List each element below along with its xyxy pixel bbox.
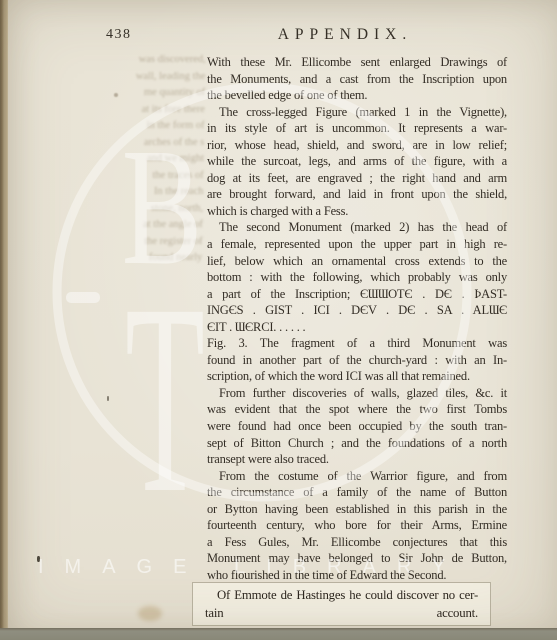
text-line: a Fess Gules, Mr. Ellicombe conjectures … bbox=[207, 534, 507, 551]
ghost-text-line: me quantity of bbox=[87, 85, 205, 102]
text-line: the bevelled edge of one of them. bbox=[207, 87, 507, 104]
text-line: lief, below which an ornamental cross ex… bbox=[207, 253, 507, 270]
paragraph: The second Monument (marked 2) has the h… bbox=[207, 219, 507, 335]
text-line: dog at its feet, are engraved ; the righ… bbox=[207, 170, 507, 187]
page-number: 438 bbox=[106, 27, 132, 43]
ghost-text-line: In the reach bbox=[85, 184, 203, 201]
text-line: ЄIT . ƜЄRCI. . . . . . bbox=[207, 319, 507, 336]
text-line: transept were also traced. bbox=[207, 451, 507, 468]
text-line: rior, whose head, shield, and sword, are… bbox=[207, 137, 507, 154]
text-line: which is charged with a Fess. bbox=[207, 203, 507, 220]
note-text-line: Of Emmote de Hastinges he could discover… bbox=[205, 587, 478, 605]
ghost-text-line: the register of bbox=[84, 234, 202, 251]
pasted-note-slip: Of Emmote de Hastinges he could discover… bbox=[192, 582, 491, 626]
ghost-text-line: found nearly bbox=[84, 250, 202, 267]
paragraph: From further discoveries of walls, glaze… bbox=[207, 385, 507, 468]
text-line: bottom : with the following, which proba… bbox=[207, 269, 507, 286]
stain bbox=[138, 606, 162, 621]
text-line: a part of the Inscription; ЄƜƜOTЄ . DЄ .… bbox=[207, 286, 507, 303]
text-line: Fig. 3. The fragment of a third Monument… bbox=[207, 335, 507, 352]
paragraph: The cross-legged Figure (marked 1 in the… bbox=[207, 104, 507, 220]
note-text-line: tain account. bbox=[205, 605, 478, 623]
page-edge-bottom bbox=[0, 628, 557, 640]
text-line: found in another part of the church-yard… bbox=[207, 352, 507, 369]
text-line: a female, represented upon the upper par… bbox=[207, 236, 507, 253]
ghost-text-line: at its fore there bbox=[87, 102, 205, 119]
ghost-text-line: stone, north, bbox=[85, 201, 203, 218]
text-line: in its style of art is uncommon. It repr… bbox=[207, 120, 507, 137]
text-line: the circumstance of a family of the name… bbox=[207, 484, 507, 501]
text-line: the Monuments, and a cast from the Inscr… bbox=[207, 71, 507, 88]
text-line: fourteenth century, who bore for their A… bbox=[207, 517, 507, 534]
text-line: The second Monument (marked 2) has the h… bbox=[207, 219, 507, 236]
text-line: Monument may have belonged to Sir John d… bbox=[207, 550, 507, 567]
text-line: are brought forward, and laid in front u… bbox=[207, 186, 507, 203]
ghost-text-line: wall, leading the bbox=[87, 69, 205, 86]
ghost-text-line: in the form of bbox=[86, 118, 204, 135]
text-column: With these Mr. Ellicombe sent enlarged D… bbox=[207, 54, 507, 584]
text-line: From the costume of the Warrior figure, … bbox=[207, 468, 507, 485]
ghost-text-line: the traces of bbox=[86, 168, 204, 185]
running-head: APPENDIX. bbox=[195, 26, 495, 44]
text-line: From further discoveries of walls, glaze… bbox=[207, 385, 507, 402]
text-line: The cross-legged Figure (marked 1 in the… bbox=[207, 104, 507, 121]
text-line: scription, of which the word ICI was all… bbox=[207, 368, 507, 385]
ghost-text-line: was discovered, bbox=[88, 52, 206, 69]
text-line: were found had once been occupied by the… bbox=[207, 418, 507, 435]
scanned-book-page: was discovered,wall, leading theme quant… bbox=[0, 0, 557, 640]
paragraph: Fig. 3. The fragment of a third Monument… bbox=[207, 335, 507, 385]
text-line: INGЄS . GIST . ICI . DЄV . DЄ . SA . ALƜ… bbox=[207, 302, 507, 319]
text-line: while the surcoat, legs, and arms of the… bbox=[207, 153, 507, 170]
page-edge-left bbox=[0, 0, 8, 629]
text-line: was evident that the spot where the two … bbox=[207, 401, 507, 418]
text-line: sept of Bitton Church ; and the foundati… bbox=[207, 435, 507, 452]
ink-speck bbox=[114, 93, 118, 97]
ghost-text-line: arches of the s bbox=[86, 135, 204, 152]
text-line: or Bytton having been established in thi… bbox=[207, 501, 507, 518]
ink-speck bbox=[37, 556, 40, 562]
paragraph: With these Mr. Ellicombe sent enlarged D… bbox=[207, 54, 507, 104]
paragraph: From the costume of the Warrior figure, … bbox=[207, 468, 507, 584]
ghost-text-line: at the angle of bbox=[85, 217, 203, 234]
text-line: With these Mr. Ellicombe sent enlarged D… bbox=[207, 54, 507, 71]
ghost-text-line: and we might bbox=[86, 151, 204, 168]
ink-speck bbox=[107, 396, 109, 401]
ghost-show-through-text: was discovered,wall, leading theme quant… bbox=[84, 52, 206, 267]
